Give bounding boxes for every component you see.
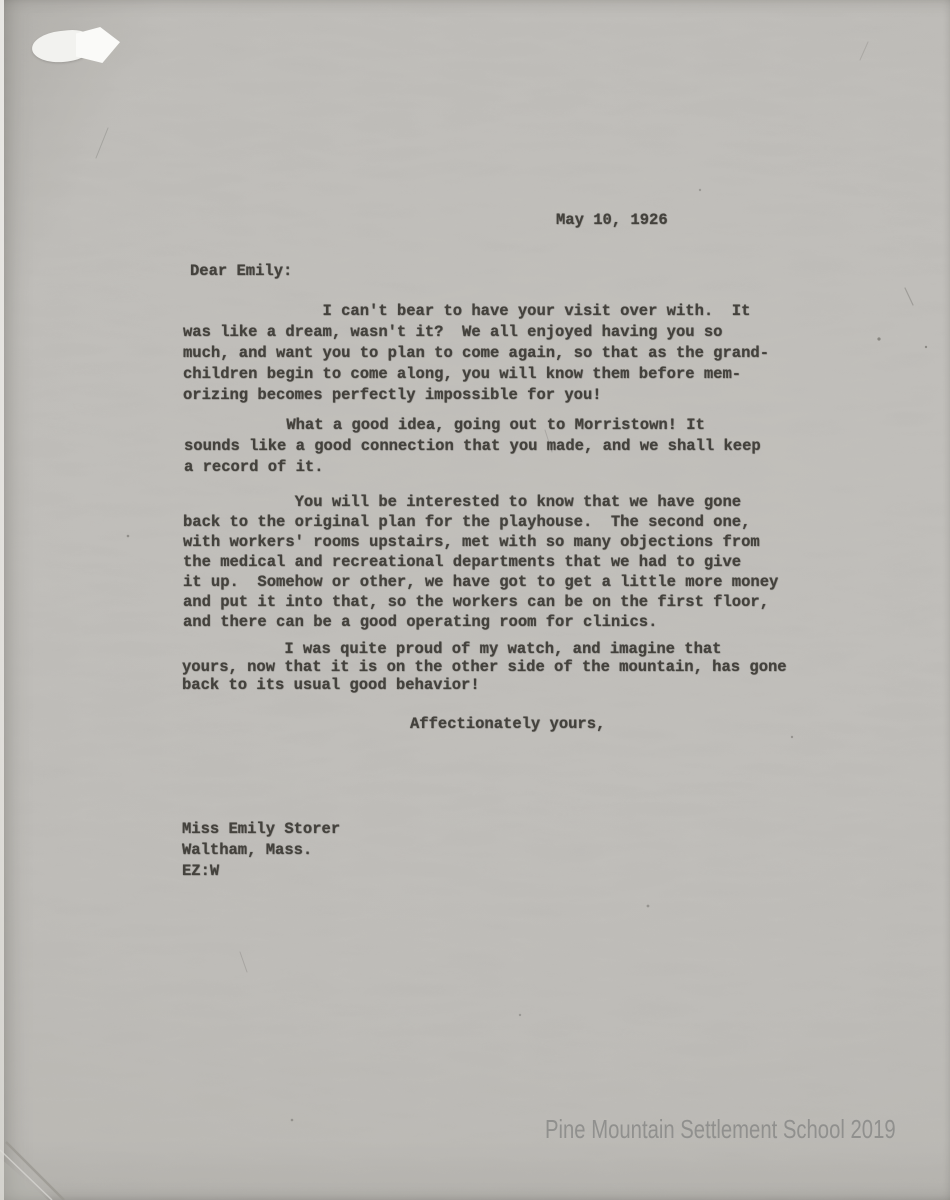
- paper-tear-spot-point: [76, 27, 120, 63]
- paper-corner-crease: [0, 1142, 64, 1200]
- scanned-letter-page: May 10, 1926 Dear Emily: I can't bear to…: [0, 0, 950, 1200]
- archive-watermark: Pine Mountain Settlement School 2019: [545, 1114, 896, 1145]
- letter-paragraph-3: You will be interested to know that we h…: [183, 492, 778, 632]
- letter-paragraph-1: I can't bear to have your visit over wit…: [183, 301, 769, 406]
- letter-paragraph-4: I was quite proud of my watch, and imagi…: [182, 640, 787, 694]
- letter-date: May 10, 1926: [556, 210, 668, 231]
- letter-closing: Affectionately yours,: [410, 714, 605, 735]
- paper-background: May 10, 1926 Dear Emily: I can't bear to…: [0, 0, 950, 1200]
- letter-recipient-block: Miss Emily Storer Waltham, Mass. EZ:W: [182, 819, 340, 882]
- letter-salutation: Dear Emily:: [190, 261, 292, 282]
- scan-edge-strip: [0, 0, 4, 1200]
- letter-paragraph-2: What a good idea, going out to Morristow…: [184, 415, 761, 478]
